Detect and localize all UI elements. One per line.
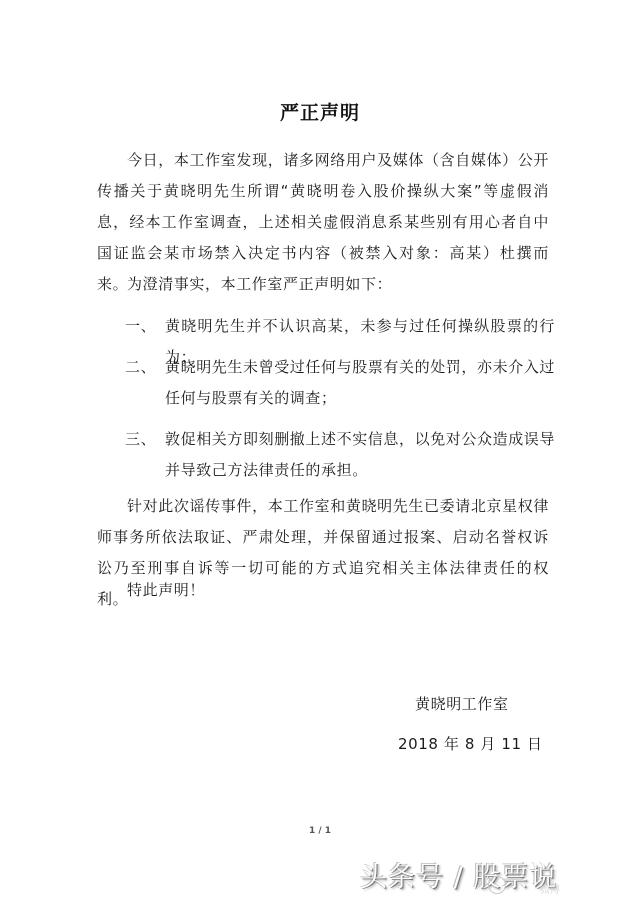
signature-org: 黄晓明工作室	[415, 693, 509, 714]
closing-line-text: 特此声明！	[127, 581, 205, 599]
watermark-sub: 微博	[540, 881, 560, 896]
paragraph-clarify: 为澄清事实，本工作室严正声明如下：	[97, 269, 549, 300]
list-item-2: 二、 黄晓明先生未曾受过任何与股票有关的处罚，亦未介入过任何与股票有关的调查；	[125, 352, 555, 414]
list-number: 三、	[125, 424, 165, 486]
list-text: 敦促相关方即刻删撤上述不实信息，以免对公众造成误导并导致己方法律责任的承担。	[165, 424, 555, 486]
paragraph-clarify-text: 为澄清事实，本工作室严正声明如下：	[127, 275, 392, 293]
paragraph-closing: 特此声明！	[97, 575, 549, 606]
document-page: 严正声明 今日，本工作室发现，诸多网络用户及媒体（含自媒体）公开传播关于黄晓明先…	[0, 0, 640, 905]
watermark-text: 头条号 / 股票说	[360, 855, 557, 894]
page-number: 1 / 1	[300, 826, 340, 836]
signature-date: 2018 年 8 月 11 日	[398, 733, 543, 754]
weibo-logo-icon	[488, 876, 506, 894]
list-number: 二、	[125, 352, 165, 414]
document-title: 严正声明	[0, 98, 640, 125]
list-item-3: 三、 敦促相关方即刻删撤上述不实信息，以免对公众造成误导并导致己方法律责任的承担…	[125, 424, 555, 486]
list-text: 黄晓明先生未曾受过任何与股票有关的处罚，亦未介入过任何与股票有关的调查；	[165, 352, 555, 414]
